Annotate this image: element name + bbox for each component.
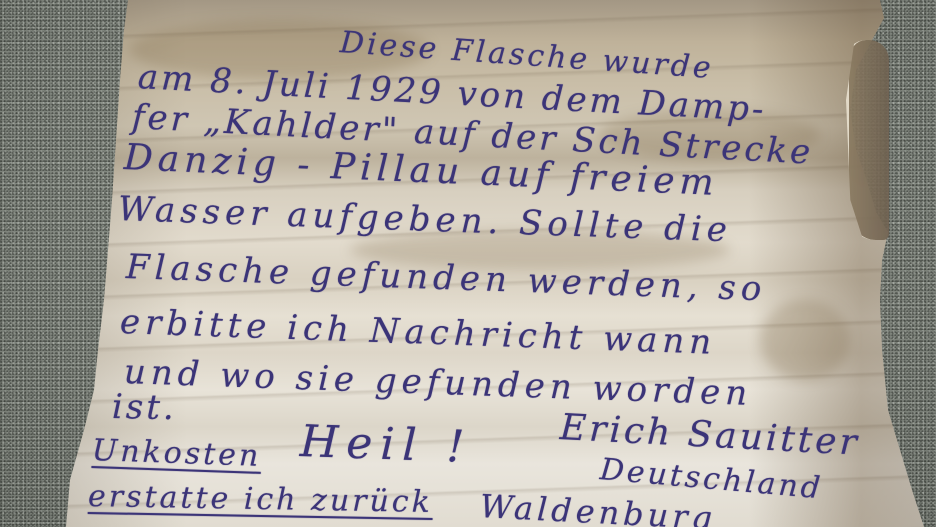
margin-note: erstatte ich zurück <box>88 482 433 518</box>
handwritten-letter: Diese Flasche wurde am 8. Juli 1929 von … <box>0 0 936 527</box>
letter-line: erbitte ich Nachricht wann <box>119 305 716 360</box>
letter-line: und wo sie gefunden worden <box>123 355 752 411</box>
letter-closing: Heil ! <box>299 420 473 470</box>
signature-town: Waldenburg <box>479 490 717 527</box>
letter-line: ist. <box>112 390 177 425</box>
letter-line: Flasche gefunden werden, so <box>125 250 766 306</box>
margin-note: Unkosten <box>91 436 261 472</box>
